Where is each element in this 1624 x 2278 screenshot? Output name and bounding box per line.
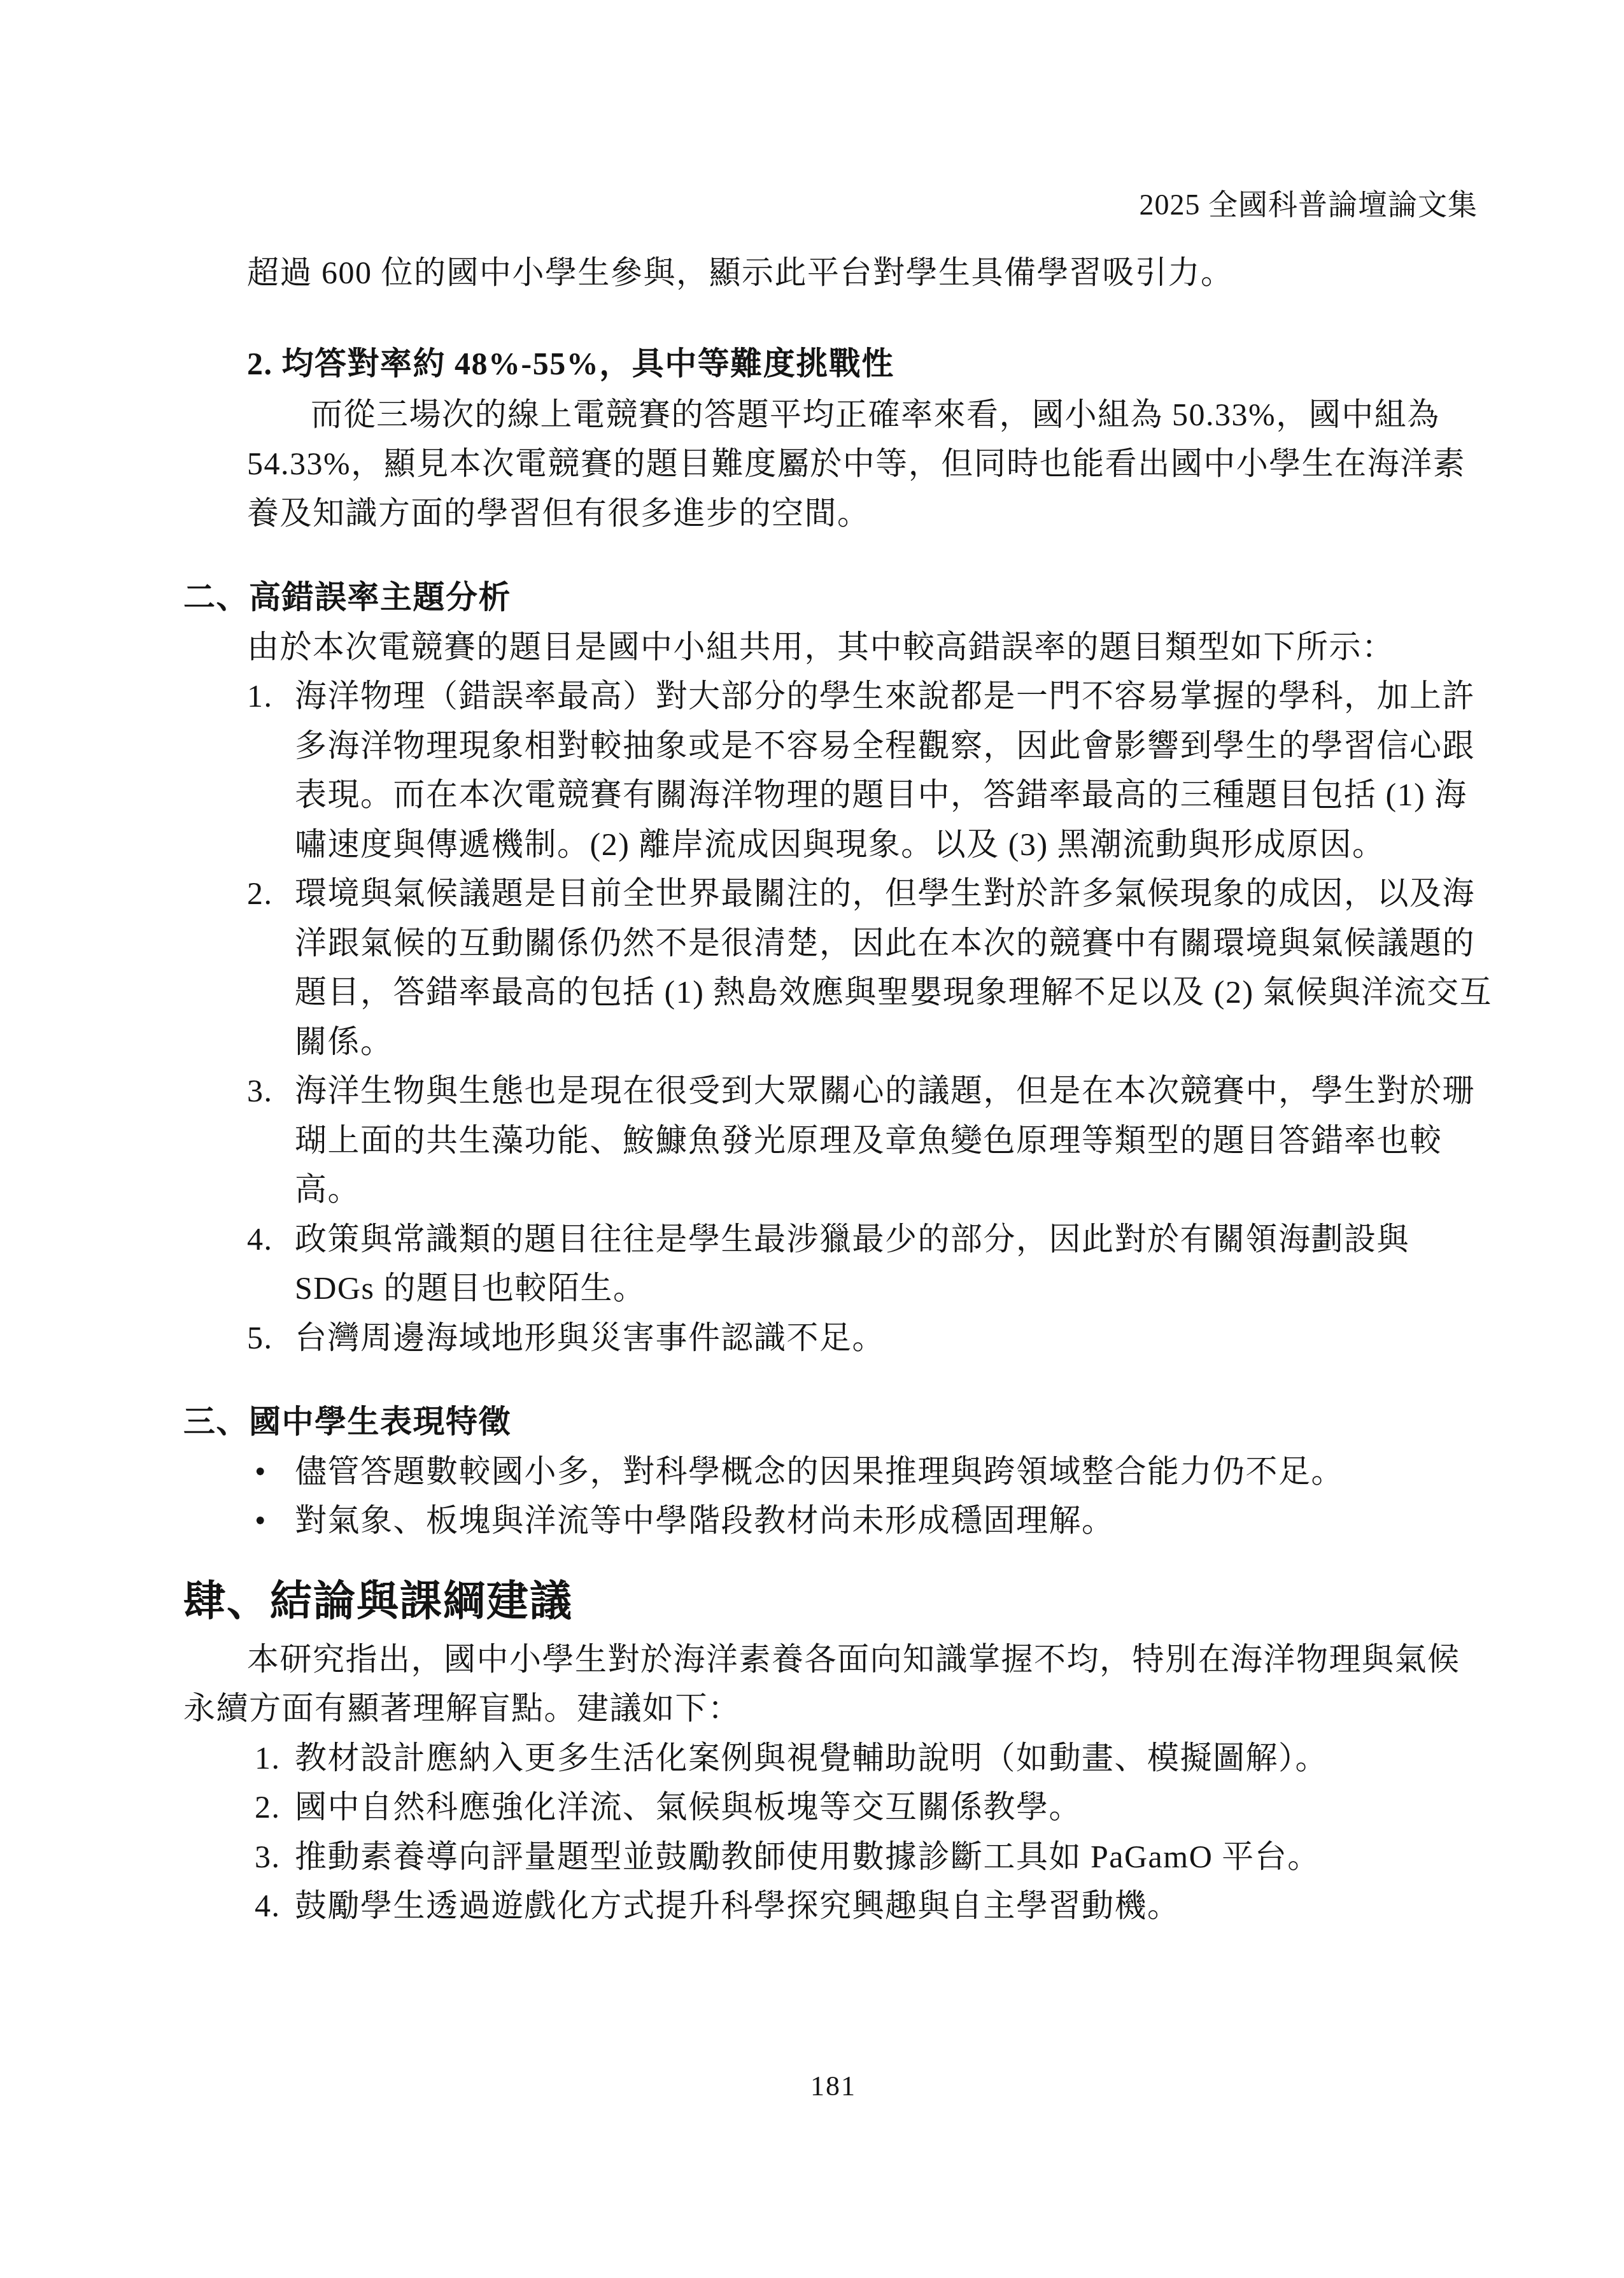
suggestion-number: 3. (255, 1839, 281, 1876)
document-page: { "page": { "header_title": "2025 全國科普論壇… (0, 0, 1624, 2278)
subheading-answer-rate: 2. 均答對率約 48%-55%，具中等難度挑戰性 (247, 346, 894, 383)
list-item-line: 海洋生物與生態也是現在很受到大眾關心的議題，但是在本次競賽中，學生對於珊 (295, 1073, 1475, 1110)
list-item-number: 5. (247, 1320, 273, 1357)
running-header-title: 2025 全國科普論壇論文集 (1140, 188, 1478, 222)
list-item-line: 瑚上面的共生藻功能、鮟鱇魚發光原理及章魚變色原理等類型的題目答錯率也較 (295, 1122, 1443, 1159)
list-item-line: SDGs 的題目也較陌生。 (295, 1270, 646, 1307)
paragraph-line: 54.33%，顯見本次電競賽的題目難度屬於中等，但同時也能看出國中小學生在海洋素 (247, 446, 1465, 483)
paragraph-line: 養及知識方面的學習但有很多進步的空間。 (247, 495, 870, 532)
list-item-line: 洋跟氣候的互動關係仍然不是很清楚，因此在本次的競賽中有關環境與氣候議題的 (295, 925, 1475, 962)
conclusion-paragraph-line: 本研究指出，國中小學生對於海洋素養各面向知識掌握不均，特別在海洋物理與氣候 (247, 1641, 1460, 1678)
conclusion-paragraph-line: 永續方面有顯著理解盲點。建議如下： (183, 1690, 741, 1727)
list-item-number: 4. (247, 1221, 273, 1258)
list-item-line: 環境與氣候議題是目前全世界最關注的，但學生對於許多氣候現象的成因，以及海 (295, 875, 1475, 912)
suggestion-number: 4. (255, 1888, 281, 1925)
section-heading-conclusion: 肆、結論與課綱建議 (183, 1578, 573, 1626)
list-item-line: 題目，答錯率最高的包括 (1) 熱島效應與聖嬰現象理解不足以及 (2) 氣候與洋… (295, 974, 1492, 1011)
page-number: 181 (183, 2070, 1483, 2103)
bullet-icon: • (255, 1503, 267, 1539)
suggestion-line: 鼓勵學生透過遊戲化方式提升科學探究興趣與自主學習動機。 (295, 1888, 1180, 1925)
list-item-line: 台灣周邊海域地形與災害事件認識不足。 (295, 1320, 885, 1357)
bullet-item-line: 對氣象、板塊與洋流等中學階段教材尚未形成穩固理解。 (295, 1503, 1115, 1539)
section-heading-junior-high: 三、國中學生表現特徵 (183, 1404, 511, 1441)
suggestion-number: 2. (255, 1789, 281, 1826)
list-item-line: 嘯速度與傳遞機制。(2) 離岸流成因與現象。以及 (3) 黑潮流動與形成原因。 (295, 826, 1385, 863)
list-item-line: 表現。而在本次電競賽有關海洋物理的題目中，答錯率最高的三種題目包括 (1) 海 (295, 777, 1467, 814)
suggestion-number: 1. (255, 1740, 281, 1777)
suggestion-line: 國中自然科應強化洋流、氣候與板塊等交互關係教學。 (295, 1789, 1082, 1826)
paragraph-continuation-line: 超過 600 位的國中小學生參與，顯示此平台對學生具備學習吸引力。 (247, 255, 1234, 292)
suggestion-line: 推動素養導向評量題型並鼓勵教師使用數據診斷工具如 PaGamO 平台。 (295, 1839, 1320, 1876)
list-item-line: 政策與常識類的題目往往是學生最涉獵最少的部分，因此對於有關領海劃設與 (295, 1221, 1409, 1258)
paragraph-line: 而從三場次的線上電競賽的答題平均正確率來看，國小組為 50.33%，國中組為 (311, 397, 1440, 434)
bullet-item-line: 儘管答題數較國小多，對科學概念的因果推理與跨領域整合能力仍不足。 (295, 1454, 1344, 1490)
list-item-number: 1. (247, 678, 273, 715)
section-heading-error-analysis: 二、高錯誤率主題分析 (183, 579, 511, 616)
list-item-line: 關係。 (295, 1024, 393, 1061)
list-item-line: 多海洋物理現象相對較抽象或是不容易全程觀察，因此會影響到學生的學習信心跟 (295, 728, 1475, 765)
list-item-number: 3. (247, 1073, 273, 1110)
bullet-icon: • (255, 1454, 267, 1490)
list-item-line: 高。 (295, 1171, 360, 1208)
list-item-number: 2. (247, 875, 273, 912)
section-intro-line: 由於本次電競賽的題目是國中小組共用，其中較高錯誤率的題目類型如下所示： (247, 629, 1395, 666)
suggestion-line: 教材設計應納入更多生活化案例與視覺輔助說明（如動畫、模擬圖解）。 (295, 1740, 1328, 1777)
list-item-line: 海洋物理（錯誤率最高）對大部分的學生來說都是一門不容易掌握的學科，加上許 (295, 678, 1475, 715)
